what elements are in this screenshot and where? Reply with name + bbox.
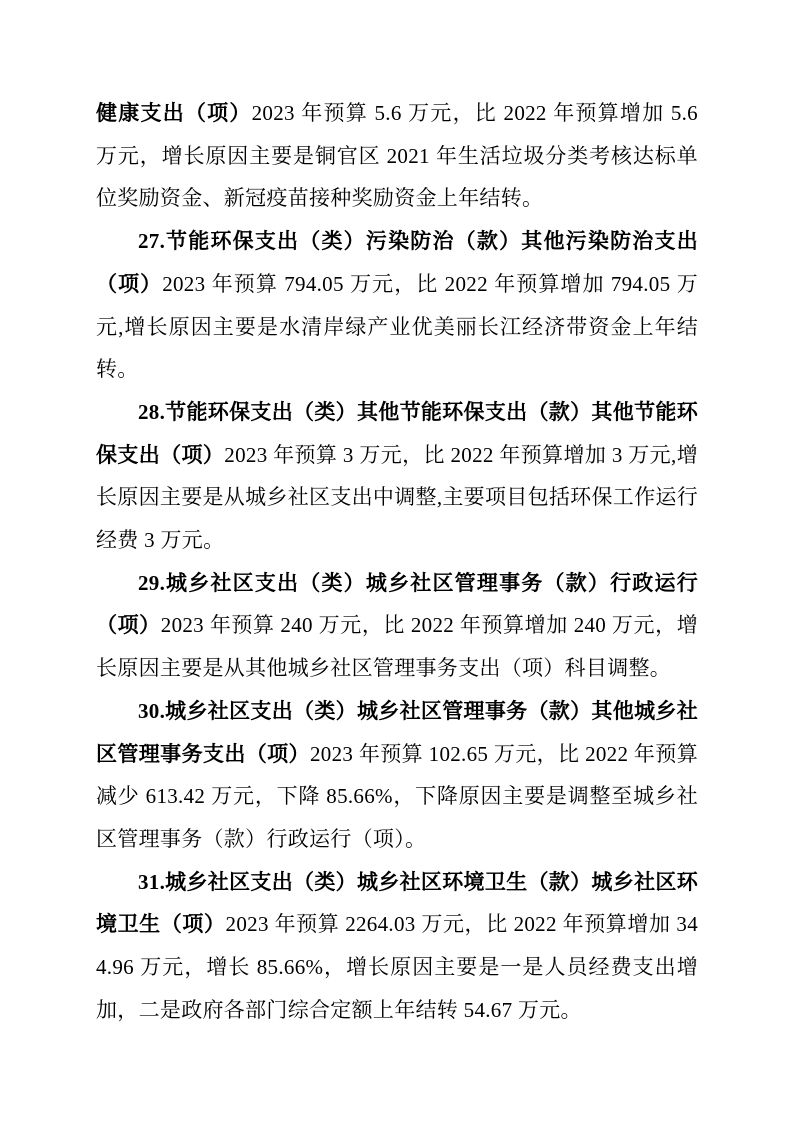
budget-item-heading: 健康支出（项） — [96, 101, 252, 125]
paragraph-item-27: 27.节能环保支出（类）污染防治（款）其他污染防治支出（项）2023 年预算 7… — [96, 220, 698, 391]
paragraph-item-26-continuation: 健康支出（项）2023 年预算 5.6 万元，比 2022 年预算增加 5.6 … — [96, 92, 698, 220]
paragraph-item-30: 30.城乡社区支出（类）城乡社区管理事务（款）其他城乡社区管理事务支出（项）20… — [96, 690, 698, 861]
paragraph-item-28: 28.节能环保支出（类）其他节能环保支出（款）其他节能环保支出（项）2023 年… — [96, 391, 698, 562]
budget-item-text: 2023 年预算 240 万元，比 2022 年预算增加 240 万元，增长原因… — [96, 613, 698, 680]
budget-item-text: 2023 年预算 794.05 万元，比 2022 年预算增加 794.05 万… — [96, 272, 698, 381]
document-body: 健康支出（项）2023 年预算 5.6 万元，比 2022 年预算增加 5.6 … — [96, 92, 698, 1031]
paragraph-item-31: 31.城乡社区支出（类）城乡社区环境卫生（款）城乡社区环境卫生（项）2023 年… — [96, 861, 698, 1032]
document-page: 健康支出（项）2023 年预算 5.6 万元，比 2022 年预算增加 5.6 … — [0, 0, 793, 1122]
paragraph-item-29: 29.城乡社区支出（类）城乡社区管理事务（款）行政运行（项）2023 年预算 2… — [96, 562, 698, 690]
